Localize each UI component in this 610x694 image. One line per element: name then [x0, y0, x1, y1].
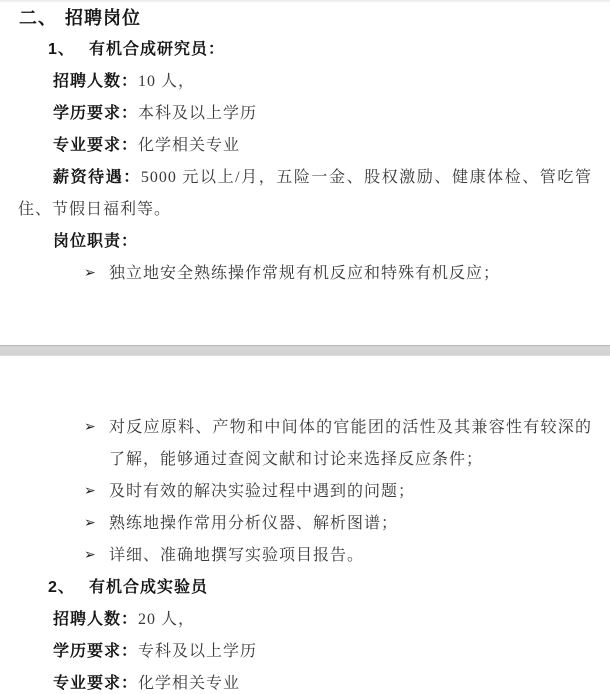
- job-1-duty-1: ➢独立地安全熟练操作常规有机反应和特殊有机反应；: [84, 258, 592, 290]
- job-1-duty-2: ➢对反应原料、产物和中间体的官能团的活性及其兼容性有较深的了解，能够通过查阅文献…: [84, 412, 592, 476]
- job-1-heading: 1、有机合成研究员：: [48, 34, 592, 66]
- job-2-field-headcount: 招聘人数：20 人，: [53, 604, 592, 636]
- field-value: 化学相关专业: [138, 137, 240, 154]
- field-value: 20 人，: [138, 611, 195, 628]
- bullet-arrow-icon: ➢: [84, 508, 96, 540]
- job-1-field-headcount: 招聘人数：10 人，: [53, 66, 592, 98]
- field-label: 学历要求：: [53, 643, 138, 660]
- section-heading-title: 招聘岗位: [65, 8, 141, 28]
- duty-text: 熟练地操作常用分析仪器、解析图谱；: [109, 515, 398, 532]
- job-2-number: 2、: [48, 572, 89, 604]
- page-break: [0, 345, 610, 356]
- field-label: 专业要求：: [53, 137, 138, 154]
- job-1-field-major: 专业要求：化学相关专业: [53, 130, 592, 162]
- field-label: 专业要求：: [53, 675, 138, 692]
- job-1-field-education: 学历要求：本科及以上学历: [53, 98, 592, 130]
- field-value: 化学相关专业: [138, 675, 240, 692]
- page-1[interactable]: 二、招聘岗位 1、有机合成研究员： 招聘人数：10 人， 学历要求：本科及以上学…: [0, 0, 610, 345]
- job-1-duty-3: ➢及时有效的解决实验过程中遇到的问题；: [84, 476, 592, 508]
- field-value: 专科及以上学历: [138, 643, 257, 660]
- job-2-field-major: 专业要求：化学相关专业: [53, 668, 592, 694]
- field-label: 学历要求：: [53, 105, 138, 122]
- section-heading-number: 二、: [19, 8, 57, 28]
- job-2-heading: 2、有机合成实验员: [48, 572, 592, 604]
- bullet-arrow-icon: ➢: [84, 258, 96, 290]
- bullet-arrow-icon: ➢: [84, 476, 96, 508]
- job-1-number: 1、: [48, 34, 89, 66]
- job-1-field-salary: 薪资待遇：5000 元以上/月，五险一金、股权激励、健康体检、管吃管住、节假日福…: [18, 162, 592, 226]
- job-1-duty-5: ➢详细、准确地撰写实验项目报告。: [84, 540, 592, 572]
- field-label: 招聘人数：: [53, 611, 138, 628]
- job-1-duty-4: ➢熟练地操作常用分析仪器、解析图谱；: [84, 508, 592, 540]
- job-2-field-education: 学历要求：专科及以上学历: [53, 636, 592, 668]
- job-1-duties-label: 岗位职责：: [53, 226, 592, 258]
- bullet-arrow-icon: ➢: [84, 412, 96, 444]
- duty-text: 及时有效的解决实验过程中遇到的问题；: [109, 483, 415, 500]
- field-value: 本科及以上学历: [138, 105, 257, 122]
- job-2-title: 有机合成实验员: [89, 579, 208, 596]
- field-label: 薪资待遇：: [53, 169, 141, 186]
- field-label: 招聘人数：: [53, 73, 138, 90]
- duty-text: 独立地安全熟练操作常规有机反应和特殊有机反应；: [109, 265, 500, 282]
- document-viewport: 二、招聘岗位 1、有机合成研究员： 招聘人数：10 人， 学历要求：本科及以上学…: [0, 0, 610, 694]
- bullet-arrow-icon: ➢: [84, 540, 96, 572]
- field-value: 10 人，: [138, 73, 195, 90]
- page-2[interactable]: ➢对反应原料、产物和中间体的官能团的活性及其兼容性有较深的了解，能够通过查阅文献…: [0, 356, 610, 694]
- job-1-title: 有机合成研究员：: [89, 41, 225, 58]
- duty-text: 对反应原料、产物和中间体的官能团的活性及其兼容性有较深的了解，能够通过查阅文献和…: [109, 419, 592, 468]
- section-heading: 二、招聘岗位: [19, 2, 592, 34]
- duty-text: 详细、准确地撰写实验项目报告。: [109, 547, 364, 564]
